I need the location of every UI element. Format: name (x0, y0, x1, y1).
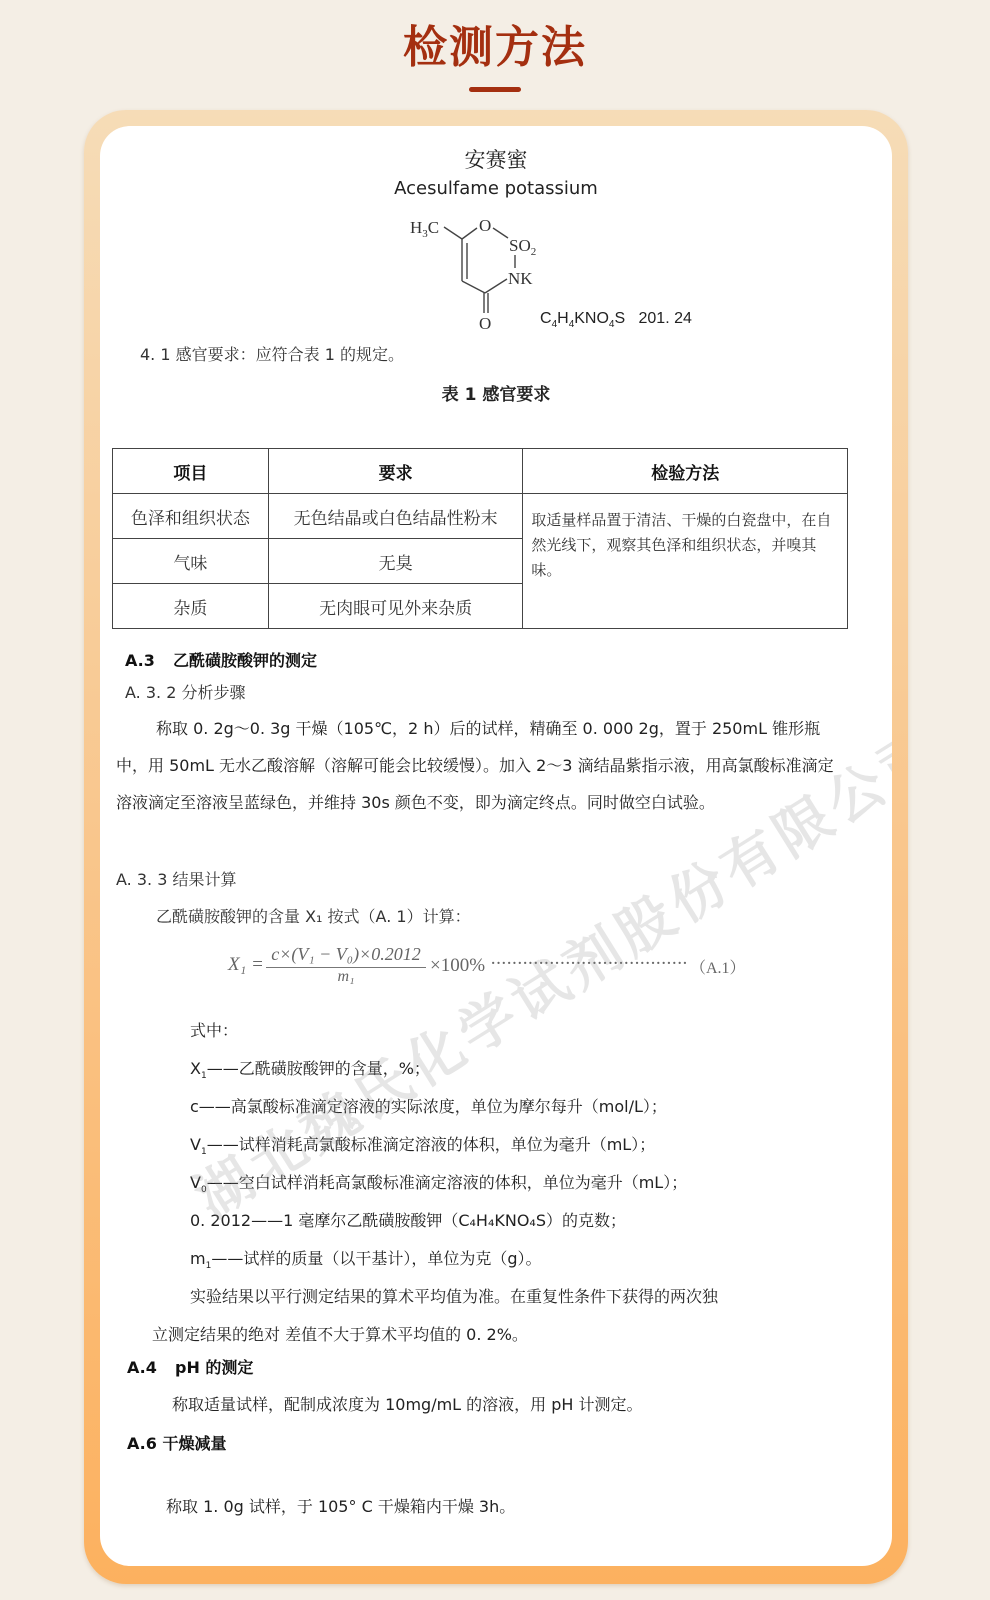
table-cell-item: 杂质 (113, 584, 269, 629)
table-cell-item: 气味 (113, 539, 269, 584)
table-cell-requirement: 无臭 (268, 539, 523, 584)
section-a4-text: 称取适量试样，配制成浓度为 10mg/mL 的溶液，用 pH 计测定。 (172, 1392, 643, 1415)
section-4-1-text: 4. 1 感官要求：应符合表 1 的规定。 (140, 342, 404, 365)
compound-name-cn: 安赛蜜 (100, 144, 892, 174)
table-header-row: 项目 要求 检验方法 (113, 449, 848, 494)
content-card: 安赛蜜 Acesulfame potassium H3C O SO2 NK O … (100, 126, 892, 1566)
section-a6-heading: A.6 干燥减量 (127, 1431, 226, 1454)
section-a6-text: 称取 1. 0g 试样，于 105° C 干燥箱内干燥 3h。 (166, 1494, 515, 1517)
table-caption: 表 1 感官要求 (100, 380, 892, 405)
svg-text:O: O (479, 314, 491, 331)
section-a32-heading: A. 3. 2 分析步骤 (125, 680, 245, 703)
svg-text:O: O (479, 216, 491, 235)
variable-definition: c——高氯酸标准滴定溶液的实际浓度，单位为摩尔每升（mol/L）； (190, 1094, 667, 1117)
equation-multiplier: ×100% (430, 955, 485, 977)
table-cell-requirement: 无色结晶或白色结晶性粉末 (268, 494, 523, 539)
section-a3-heading: A.3乙酰磺胺酸钾的测定 (125, 648, 317, 671)
table-row: 色泽和组织状态 无色结晶或白色结晶性粉末 取适量样品置于清洁、干燥的白瓷盘中，在… (113, 494, 848, 539)
svg-text:SO2: SO2 (509, 236, 536, 258)
equation-numerator: c×(V₁ − V₀)×0.2012 (266, 944, 426, 968)
equation-denominator: m₁ (266, 968, 426, 986)
section-a32-paragraph: 称取 0. 2g～0. 3g 干燥（105℃，2 h）后的试样，精确至 0. 0… (116, 710, 836, 821)
table-header-cell: 项目 (113, 449, 269, 494)
variable-definition: V0——空白试样消耗高氯酸标准滴定溶液的体积，单位为毫升（mL）； (190, 1170, 687, 1195)
chemical-structure-diagram: H3C O SO2 NK O (405, 211, 555, 331)
table-header-cell: 检验方法 (523, 449, 848, 494)
molecular-formula: C4H4KNO4S 201. 24 (540, 310, 692, 330)
molecular-weight: 201. 24 (639, 310, 692, 327)
section-a33-heading: A. 3. 3 结果计算 (116, 867, 236, 890)
table-cell-item: 色泽和组织状态 (113, 494, 269, 539)
equation-lhs: X₁ = (228, 954, 264, 976)
section-a33-intro: 乙酰磺胺酸钾的含量 X₁ 按式（A. 1）计算： (156, 904, 471, 927)
equation-fraction: c×(V₁ − V₀)×0.2012 m₁ (266, 944, 426, 986)
table-cell-method: 取适量样品置于清洁、干燥的白瓷盘中，在自然光线下，观察其色泽和组织状态，并嗅其味… (523, 494, 848, 629)
title-underline-divider (469, 87, 521, 92)
variable-definition: m1——试样的质量（以干基计），单位为克（g）。 (190, 1246, 542, 1271)
variable-definition: V1——试样消耗高氯酸标准滴定溶液的体积，单位为毫升（mL）； (190, 1132, 655, 1157)
sensory-requirements-table: 项目 要求 检验方法 色泽和组织状态 无色结晶或白色结晶性粉末 取适量样品置于清… (112, 448, 848, 629)
result-statement-line2: 立测定结果的绝对 差值不大于算术平均值的 0. 2%。 (152, 1322, 528, 1345)
svg-text:NK: NK (508, 269, 533, 288)
table-cell-requirement: 无肉眼可见外来杂质 (268, 584, 523, 629)
section-a4-heading: A.4pH 的测定 (127, 1355, 253, 1378)
svg-text:H3C: H3C (410, 218, 439, 240)
result-statement-line1: 实验结果以平行测定结果的算术平均值为准。在重复性条件下获得的两次独 (190, 1284, 718, 1307)
variable-definition: X1——乙酰磺胺酸钾的含量，%； (190, 1056, 430, 1081)
equation-a1: X₁ = c×(V₁ − V₀)×0.2012 m₁ ×100% ·······… (228, 944, 748, 1004)
equation-leader-dots: ····································· (490, 953, 687, 975)
compound-name-en: Acesulfame potassium (100, 178, 892, 199)
variable-definition: 0. 2012——1 毫摩尔乙酰磺胺酸钾（C₄H₄KNO₄S）的克数； (190, 1208, 626, 1231)
table-header-cell: 要求 (268, 449, 523, 494)
page-title: 检测方法 (0, 18, 990, 78)
equation-label: （A.1） (690, 955, 746, 978)
where-label: 式中： (190, 1018, 238, 1041)
